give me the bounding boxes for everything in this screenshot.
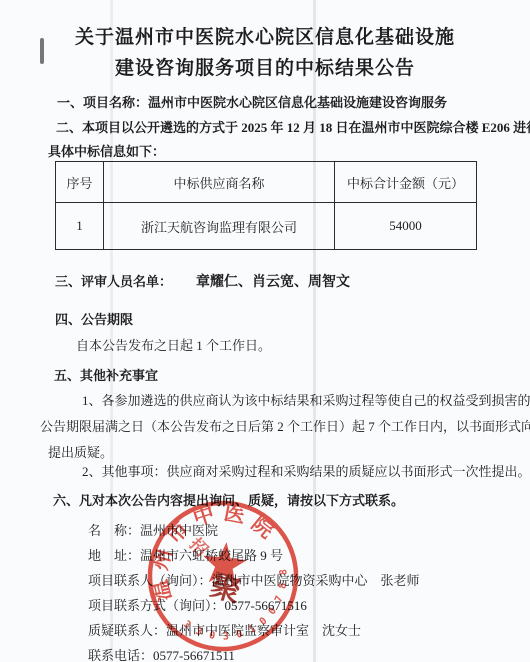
section4-heading: 四、公告期限 [55, 312, 133, 328]
official-red-seal: 温州市中医院 33030100788 招 聚 [134, 484, 313, 662]
table-header-row: 序号 中标供应商名称 中标合计金额（元） [56, 162, 477, 203]
award-result-table: 序号 中标供应商名称 中标合计金额（元） 1 浙江天航咨询监理有限公司 5400… [55, 161, 477, 250]
table-cell-amount: 54000 [335, 203, 477, 250]
document-title-line2: 建设咨询服务项目的中标结果公告 [0, 57, 530, 81]
table-header-seq: 序号 [56, 162, 104, 203]
section4-body: 自本公告发布之日起 1 个工作日。 [76, 338, 271, 354]
table-cell-seq: 1 [56, 203, 104, 250]
document-title-line1: 关于温州市中医院水心院区信息化基础设施 [0, 26, 530, 50]
section5-p1-line2: 公告期限届满之日（本公告发布之日后第 2 个工作日）起 7 个工作日内，以书面形… [40, 419, 530, 435]
section2-procurement-line1: 二、本项目以公开遴选的方式于 2025 年 12 月 18 日在温州市中医院综合… [56, 120, 530, 136]
reviewer-names: 章耀仁、肖云宽、周智文 [196, 273, 350, 289]
table-header-supplier: 中标供应商名称 [104, 162, 335, 203]
section5-p2: 2、其他事项：供应商对采购过程和采购结果的质疑应以书面形式一次性提出。 [82, 464, 530, 480]
table-header-amount: 中标合计金额（元） [335, 162, 477, 203]
section3-label: 三、评审人员名单： [55, 274, 172, 289]
contact-address-label: 地 址： [88, 548, 140, 563]
table-cell-supplier: 浙江天航咨询监理有限公司 [104, 203, 335, 250]
section5-p1-line1: 1、各参加遴选的供应商认为该中标结果和采购过程等使自己的权益受到损害的，可以自本 [82, 393, 530, 409]
section5-heading: 五、其他补充事宜 [54, 368, 158, 384]
section5-p1-line3: 提出质疑。 [48, 445, 113, 461]
section1-project-name: 一、项目名称：温州市中医院水心院区信息化基础设施建设咨询服务 [57, 95, 447, 111]
section3-reviewers: 三、评审人员名单：章耀仁、肖云宽、周智文 [55, 273, 350, 291]
table-row: 1 浙江天航咨询监理有限公司 54000 [56, 203, 477, 250]
section2-procurement-line2: 具体中标信息如下： [48, 144, 165, 160]
scanned-document-page: 关于温州市中医院水心院区信息化基础设施 建设咨询服务项目的中标结果公告 一、项目… [0, 0, 530, 662]
contact-name-label: 名 称： [88, 523, 140, 538]
